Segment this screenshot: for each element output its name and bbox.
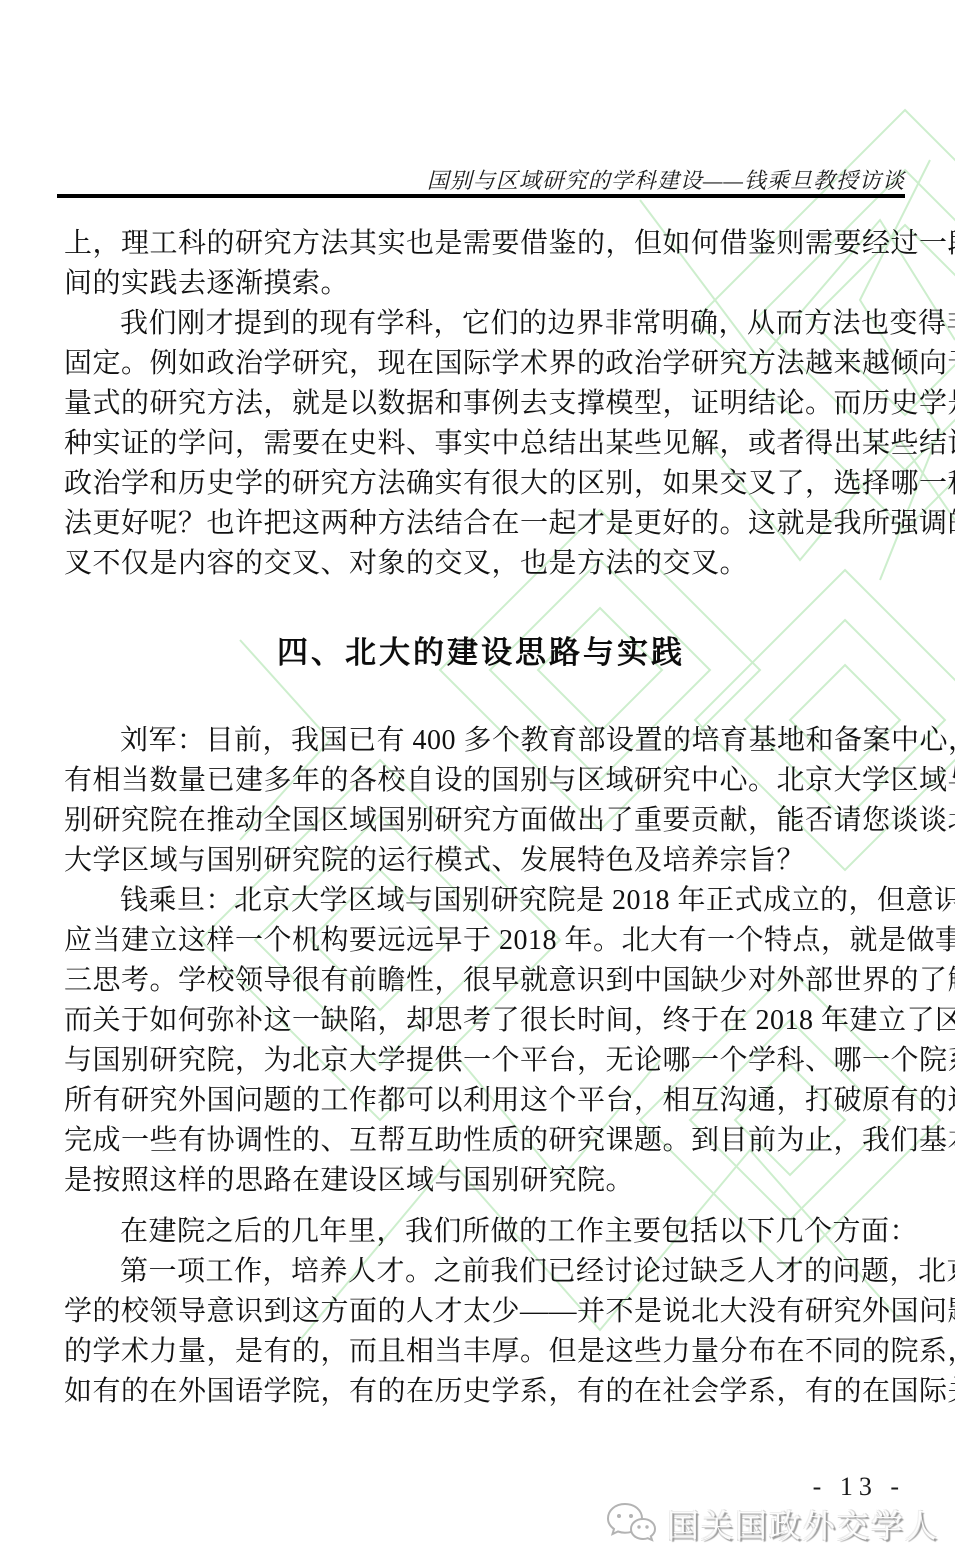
paragraph-continuation: 上，理工科的研究方法其实也是需要借鉴的，但如何借鉴则需要经过一段时间的实践去逐渐… <box>64 224 905 304</box>
text-line: 而关于如何弥补这一缺陷，却思考了很长时间，终于在 2018 年建立了区域 <box>64 1001 905 1041</box>
text-line: 三思考。学校领导很有前瞻性，很早就意识到中国缺少对外部世界的了解。 <box>64 961 905 1001</box>
text-line: 大学区域与国别研究院的运行模式、发展特色及培养宗旨？ <box>64 841 905 881</box>
text-line: 间的实践去逐渐摸索。 <box>64 264 905 304</box>
text-line: 如有的在外国语学院，有的在历史学系，有的在社会学系，有的在国际关系 <box>64 1372 905 1412</box>
document-page: { "header": { "running_title": "国别与区域研究的… <box>0 0 955 1560</box>
paragraph-question-liujun: 刘军：目前，我国已有 400 多个教育部设置的培育基地和备案中心，还有相当数量已… <box>64 721 905 881</box>
text-line: 别研究院在推动全国区域国别研究方面做出了重要贡献，能否请您谈谈北京 <box>64 801 905 841</box>
header-rule <box>57 194 905 198</box>
footer-logo-text: 国关国政外交学人 <box>667 1501 939 1547</box>
text-line: 在建院之后的几年里，我们所做的工作主要包括以下几个方面： <box>64 1212 905 1252</box>
text-line: 是按照这样的思路在建设区域与国别研究院。 <box>64 1161 905 1201</box>
running-header-title: 国别与区域研究的学科建设——钱乘旦教授访谈 <box>57 164 905 195</box>
text-line: 应当建立这样一个机构要远远早于 2018 年。北大有一个特点，就是做事再 <box>64 921 905 961</box>
text-line: 完成一些有协调性的、互帮互助性质的研究课题。到目前为止，我们基本上 <box>64 1121 905 1161</box>
text-line: 的学术力量，是有的，而且相当丰厚。但是这些力量分布在不同的院系，比 <box>64 1332 905 1372</box>
text-line: 第一项工作，培养人才。之前我们已经讨论过缺乏人才的问题，北京大 <box>64 1252 905 1292</box>
paragraph-first-task: 第一项工作，培养人才。之前我们已经讨论过缺乏人才的问题，北京大学的校领导意识到这… <box>64 1252 905 1412</box>
text-line: 刘军：目前，我国已有 400 多个教育部设置的培育基地和备案中心，还 <box>64 721 905 761</box>
text-line: 法更好呢？也许把这两种方法结合在一起才是更好的。这就是我所强调的交 <box>64 504 905 544</box>
page-number: - 13 - <box>57 1472 905 1502</box>
text-line: 量式的研究方法，就是以数据和事例去支撑模型，证明结论。而历史学是一 <box>64 384 905 424</box>
footer-logo: 国关国政外交学人 <box>605 1500 939 1548</box>
text-line: 与国别研究院，为北京大学提供一个平台，无论哪一个学科、哪一个院系， <box>64 1041 905 1081</box>
text-line: 上，理工科的研究方法其实也是需要借鉴的，但如何借鉴则需要经过一段时 <box>64 224 905 264</box>
text-line: 学的校领导意识到这方面的人才太少——并不是说北大没有研究外国问题 <box>64 1292 905 1332</box>
text-line: 种实证的学问，需要在史料、事实中总结出某些见解，或者得出某些结论。 <box>64 424 905 464</box>
text-line: 叉不仅是内容的交叉、对象的交叉，也是方法的交叉。 <box>64 544 905 584</box>
text-line: 钱乘旦：北京大学区域与国别研究院是 2018 年正式成立的，但意识到 <box>64 881 905 921</box>
section-heading: 四、北大的建设思路与实践 <box>57 627 905 672</box>
text-line: 有相当数量已建多年的各校自设的国别与区域研究中心。北京大学区域与国 <box>64 761 905 801</box>
text-line: 我们刚才提到的现有学科，它们的边界非常明确，从而方法也变得非常 <box>64 304 905 344</box>
paragraph-work-intro: 在建院之后的几年里，我们所做的工作主要包括以下几个方面： <box>64 1212 905 1252</box>
paragraph-methods: 我们刚才提到的现有学科，它们的边界非常明确，从而方法也变得非常固定。例如政治学研… <box>64 304 905 584</box>
text-line: 所有研究外国问题的工作都可以利用这个平台，相互沟通，打破原有的边界， <box>64 1081 905 1121</box>
paragraph-answer-qianchengdan: 钱乘旦：北京大学区域与国别研究院是 2018 年正式成立的，但意识到应当建立这样… <box>64 881 905 1201</box>
text-line: 政治学和历史学的研究方法确实有很大的区别，如果交叉了，选择哪一种方 <box>64 464 905 504</box>
text-line: 固定。例如政治学研究，现在国际学术界的政治学研究方法越来越倾向于定 <box>64 344 905 384</box>
wechat-icon <box>605 1501 657 1547</box>
